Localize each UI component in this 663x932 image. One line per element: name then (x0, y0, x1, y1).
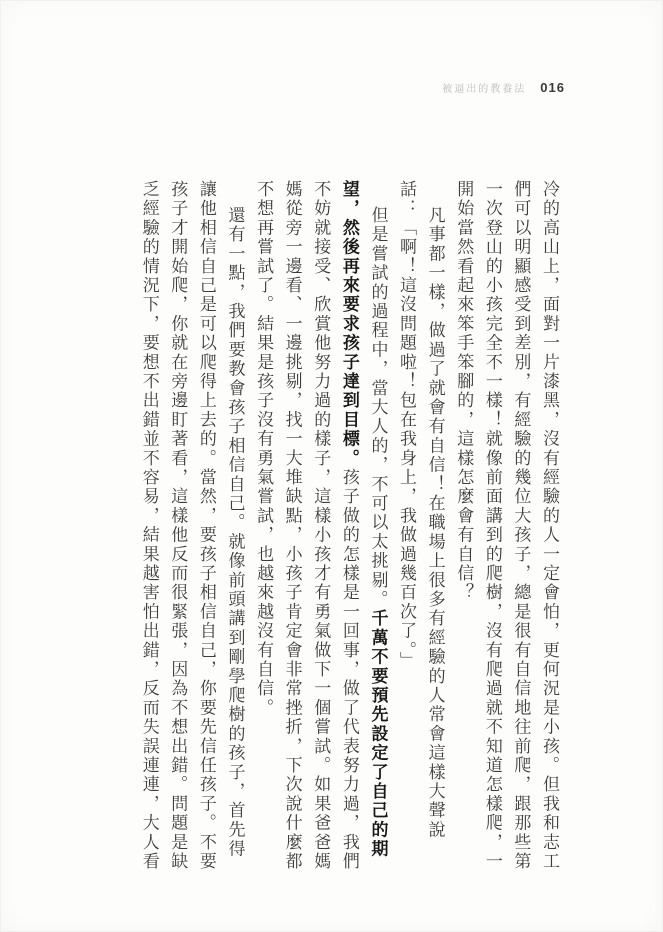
body-run: 凡事都一樣，做過了就會有自信！在職場上很多有經驗的人常會這樣大聲說話：「啊！這沒… (397, 180, 445, 839)
page-number: 016 (540, 80, 565, 95)
body-run: 還有一點，我們要教會孩子相信自己。就像前頭講到剛學爬樹的孩子，首先得讓他相信自己… (140, 180, 245, 871)
running-title: 被逼出的教養法 (442, 80, 526, 95)
body-run: 但是嘗試的過程中，當大人的，不可以太挑剔。 (368, 206, 387, 609)
book-page: 被逼出的教養法 016 冷的高山上，面對一片漆黑，沒有經驗的人一定會怕，更何況是… (0, 0, 663, 932)
paragraph: 但是嘗試的過程中，當大人的，不可以太挑剔。千萬不要預先設定了自己的期望，然後再來… (248, 180, 391, 872)
body-run: 冷的高山上，面對一片漆黑，沒有經驗的人一定會怕，更何況是小孩。但我和志工們可以明… (454, 180, 559, 871)
paragraph: 凡事都一樣，做過了就會有自信！在職場上很多有經驗的人常會這樣大聲說話：「啊！這沒… (391, 180, 448, 872)
paragraph: 冷的高山上，面對一片漆黑，沒有經驗的人一定會怕，更何況是小孩。但我和志工們可以明… (449, 180, 563, 872)
body-text: 冷的高山上，面對一片漆黑，沒有經驗的人一定會怕，更何況是小孩。但我和志工們可以明… (134, 180, 563, 872)
paragraph: 還有一點，我們要教會孩子相信自己。就像前頭講到剛學爬樹的孩子，首先得讓他相信自己… (134, 180, 248, 872)
running-head: 被逼出的教養法 016 (442, 80, 565, 95)
